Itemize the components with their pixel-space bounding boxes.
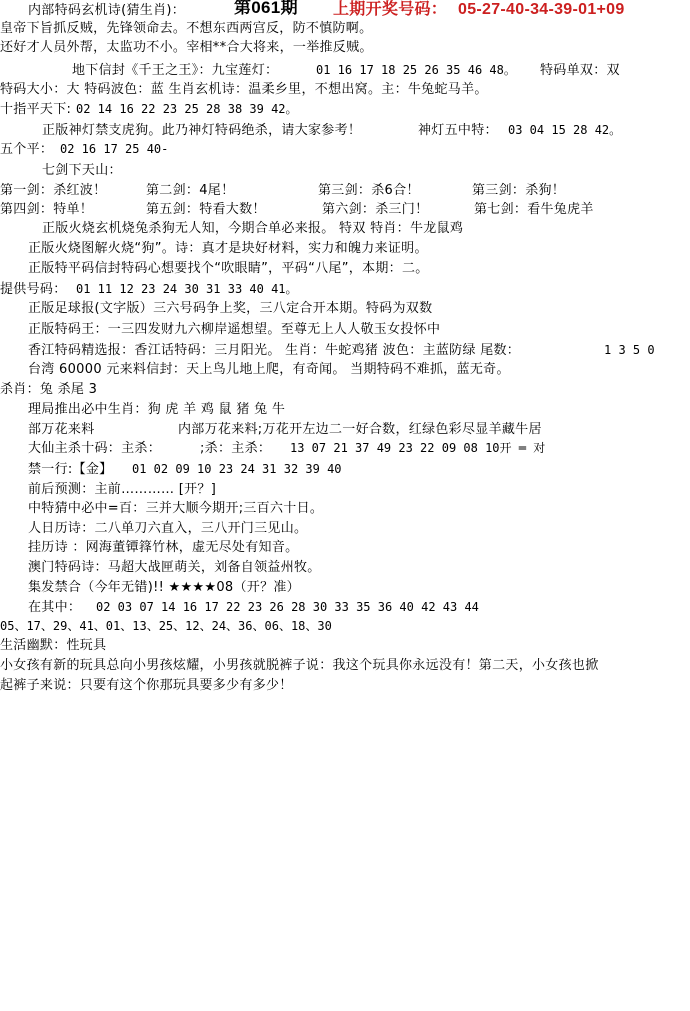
hanging-calendar-row: 挂历诗 ：网海董镡箨竹林，虚无尽处有知音。 xyxy=(28,538,298,557)
divine-lamp-label: 神灯五中特： xyxy=(418,121,498,140)
seven-swords-title: 七剑下天山： xyxy=(42,161,122,180)
size-color-row: 特码大小：大 特码波色：蓝 生肖玄机诗：温柔乡里，不想出窝。主：牛兔蛇马羊。 xyxy=(0,80,488,99)
humor-line-1: 小女孩有新的玩具总向小男孩炫耀，小男孩就脱裤子说：我这个玩具你永远没有！第二天，… xyxy=(0,656,599,675)
sword-3: 第三剑：杀6合！ xyxy=(318,181,420,200)
kill-zodiac-row: 杀肖：兔 杀尾 3 xyxy=(0,380,97,399)
provided-numbers-label: 提供号码： xyxy=(0,280,67,299)
taiwan-envelope-row: 台湾 60000 元来料信封：天上鸟儿地上爬，有奇闻。 当期特码不难抓，蓝无奇。 xyxy=(28,360,510,379)
sword-1: 第一剑：杀红波！ xyxy=(0,181,106,200)
wanhua-text: 内部万花来料;万花开左边二一好合数，红绿色彩尽显羊藏牛居 xyxy=(178,420,542,439)
immortal-kill-label: 大仙主杀十码：主杀： xyxy=(28,439,161,458)
immortal-kill-numbers: 13 07 21 37 49 23 22 09 08 10开 ═ 对 xyxy=(290,439,545,458)
sword-3b: 第三剑：杀狗！ xyxy=(472,181,565,200)
humor-line-2: 起裤子来说：只要有这个你那玩具要多少有多少！ xyxy=(0,676,293,695)
macau-poem-row: 澳门特码诗：马超大战匣萌关，刘备自领益州牧。 xyxy=(28,558,321,577)
poem-line-2: 还好才人员外帮，太监功不小。宰相**合大将来，一举推反贼。 xyxy=(0,38,373,57)
underground-envelope-label: 地下信封《千王之王》：九宝莲灯： xyxy=(72,61,278,80)
number-sequence-row: 05、17、29、41、01、13、25、12、24、36、06、18、30 xyxy=(0,617,332,636)
divine-lamp-text: 正版神灯禁支虎狗。此乃神灯特码绝杀，请大家参考！ xyxy=(42,121,361,140)
special-envelope-row: 正版特平码信封特码心想要找个“吹眼睛”，平码“八尾”，本期：二。 xyxy=(28,259,429,278)
tail-numbers: 1 3 5 0 xyxy=(604,341,655,360)
issue-number: 第061期 xyxy=(234,0,298,17)
immortal-kill-sub: ;杀：主杀： xyxy=(200,439,271,458)
sword-2: 第二剑：4尾！ xyxy=(146,181,234,200)
forbidden-numbers: 01 02 09 10 23 24 31 32 39 40 xyxy=(132,460,342,479)
sword-7: 第七剑：看牛兔虎羊 xyxy=(474,200,594,219)
prediction-row: 前后预测：主前………… [开？] xyxy=(28,480,216,499)
bureau-zodiac-row: 理局推出必中生肖：狗 虎 羊 鸡 鼠 猪 兔 牛 xyxy=(28,400,285,419)
calendar-poem-row: 人日历诗：二八单刀六直入，三八开门三见山。 xyxy=(28,519,307,538)
forbidden-combo-row: 集发禁合（今年无错)!! ★★★★08（开？准） xyxy=(28,578,300,597)
provided-numbers: 01 11 12 23 24 30 31 33 40 41。 xyxy=(76,280,298,299)
lotus-lamp-numbers: 01 16 17 18 25 26 35 46 48。 xyxy=(316,61,516,80)
among-numbers: 02 03 07 14 16 17 22 23 26 28 30 33 35 3… xyxy=(96,598,479,617)
fire-burn-row: 正版火烧玄机烧兔杀狗无人知，今期合单必来报。 特双 特肖：牛龙鼠鸡 xyxy=(42,219,463,238)
special-king-row: 正版特码王：一三四发财九六柳岸遥想望。至尊无上人人敬玉女投怀中 xyxy=(28,320,440,339)
sword-5: 第五剑：特看大数！ xyxy=(146,200,266,219)
odd-even-label: 特码单双：双 xyxy=(540,61,620,80)
last-draw-label: 上期开奖号码： xyxy=(333,0,447,19)
hundred-row: 中特猜中必中=百：三并大顺今期开;三百六十日。 xyxy=(28,499,323,518)
poem-line-1: 皇帝下旨抓反贼，先锋领命去。不想东西两宫反，防不慎防啊。 xyxy=(0,19,372,38)
ten-fingers-numbers: 02 14 16 22 23 25 28 38 39 42。 xyxy=(76,100,298,119)
humor-title: 生活幽默：性玩具 xyxy=(0,636,106,655)
among-label: 在其中： xyxy=(28,598,81,617)
football-paper-row: 正版足球报(文字版）三六号码争上奖，三八定合开本期。特码为双数 xyxy=(28,299,432,318)
sword-4: 第四剑：特单！ xyxy=(0,200,93,219)
poem-title: 内部特码玄机诗(猜生肖)： xyxy=(28,1,185,20)
wanhua-label: 部万花来料 xyxy=(28,420,95,439)
forbidden-label: 禁一行:【金】 xyxy=(28,460,112,479)
divine-lamp-numbers: 03 04 15 28 42。 xyxy=(508,121,621,140)
five-flat-label: 五个平： xyxy=(0,140,53,159)
sword-6: 第六剑：杀三门！ xyxy=(322,200,428,219)
fire-burn-diagram-row: 正版火烧图解火烧“狗”。诗：真才是块好材料，实力和魄力来证明。 xyxy=(28,239,428,258)
last-draw-numbers: 05-27-40-34-39-01+09 xyxy=(458,0,625,19)
hongkong-text: 香江特码精选报：香江话特码：三月阳光。 生肖：牛蛇鸡猪 波色：主蓝防绿 尾数： xyxy=(28,341,520,360)
five-flat-numbers: 02 16 17 25 40- xyxy=(60,140,168,159)
ten-fingers-label: 十指平天下: xyxy=(0,100,71,119)
